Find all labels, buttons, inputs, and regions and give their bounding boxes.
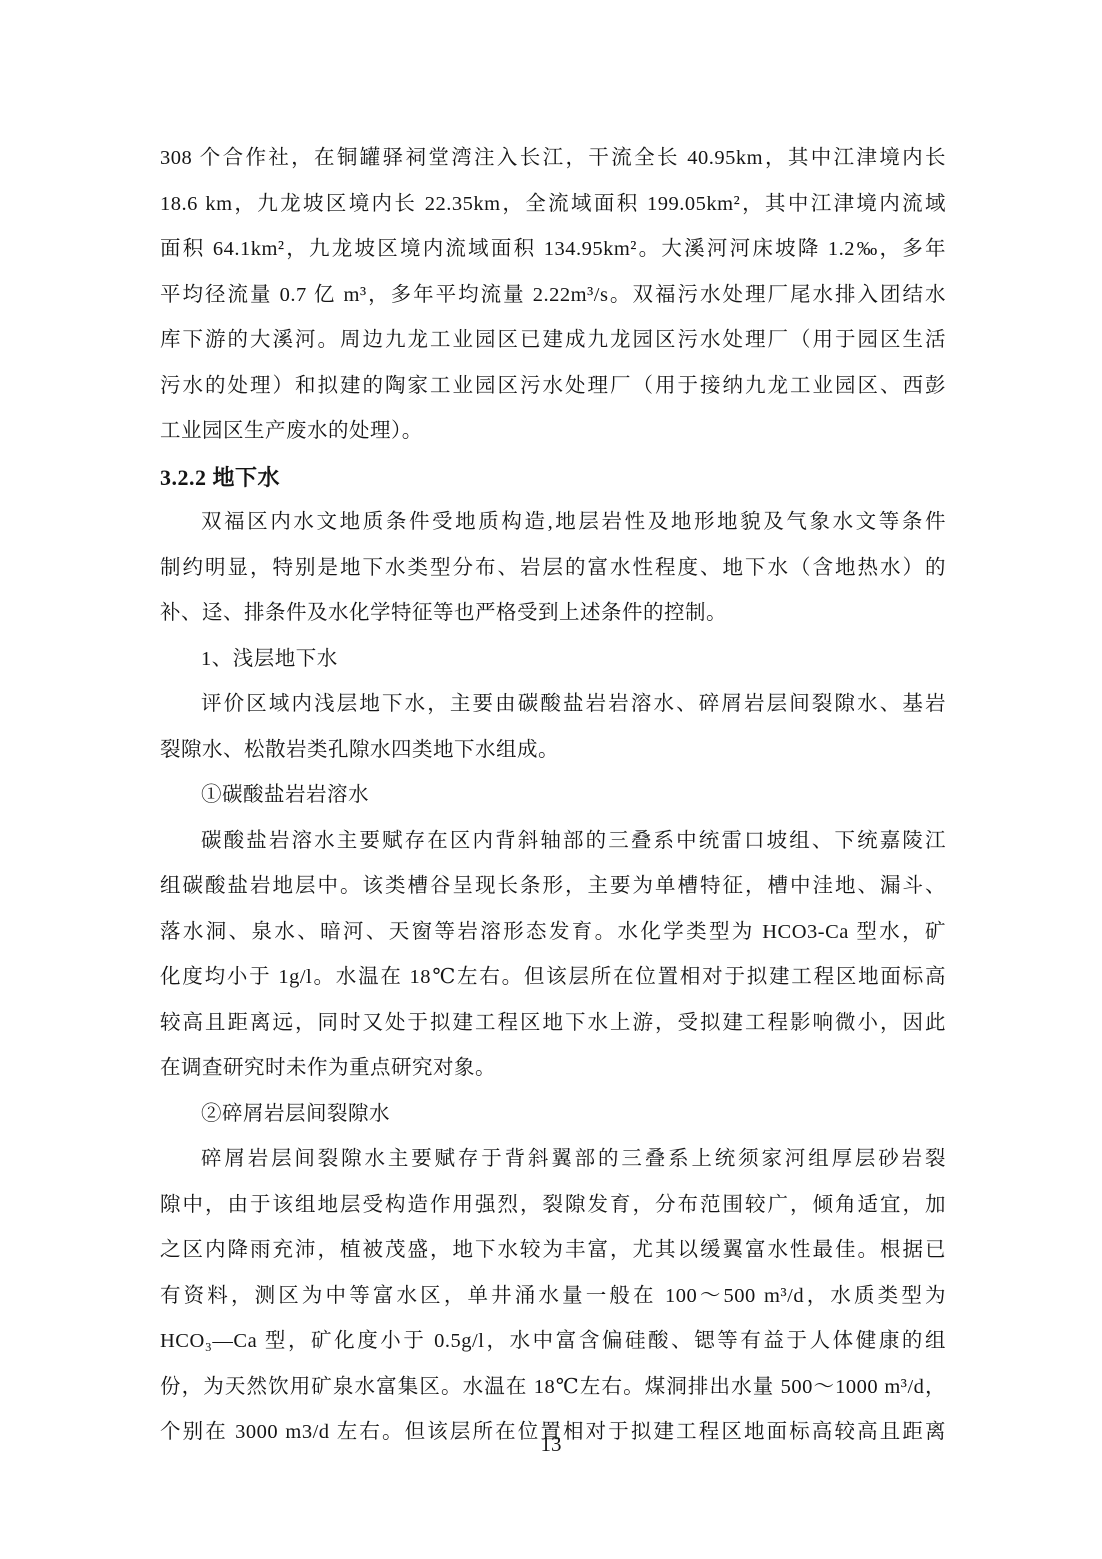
text-line: 库下游的大溪河。周边九龙工业园区已建成九龙园区污水处理厂（用于园区生活 <box>160 318 946 364</box>
text-line: 制约明显，特别是地下水类型分布、岩层的富水性程度、地下水（含地热水）的 <box>160 546 946 592</box>
section-heading-3-2-2: 3.2.2 地下水 <box>160 455 946 501</box>
text-line: 18.6 km，九龙坡区境内长 22.35km，全流域面积 199.05km²，… <box>160 182 946 228</box>
document-page: 308 个合作社，在铜罐驿祠堂湾注入长江，干流全长 40.95km，其中江津境内… <box>0 0 1102 1559</box>
text-line: 双福区内水文地质条件受地质构造,地层岩性及地形地貌及气象水文等条件 <box>160 500 946 546</box>
text-line: 组碳酸盐岩地层中。该类槽谷呈现长条形，主要为单槽特征，槽中洼地、漏斗、 <box>160 864 946 910</box>
text-line: 裂隙水、松散岩类孔隙水四类地下水组成。 <box>160 728 946 774</box>
text-line: 有资料，测区为中等富水区，单井涌水量一般在 100～500 m³/d，水质类型为 <box>160 1274 946 1320</box>
text-line: 面积 64.1km²，九龙坡区境内流域面积 134.95km²。大溪河河床坡降 … <box>160 227 946 273</box>
text-line: 之区内降雨充沛，植被茂盛，地下水较为丰富，尤其以缓翼富水性最佳。根据已 <box>160 1228 946 1274</box>
text-line: 平均径流量 0.7 亿 m³，多年平均流量 2.22m³/s。双福污水处理厂尾水… <box>160 273 946 319</box>
text-line: 污水的处理）和拟建的陶家工业园区污水处理厂（用于接纳九龙工业园区、西彭 <box>160 364 946 410</box>
list-item-heading: ②碎屑岩层间裂隙水 <box>160 1092 946 1138</box>
list-item-heading: ①碳酸盐岩岩溶水 <box>160 773 946 819</box>
text-line: 隙中，由于该组地层受构造作用强烈，裂隙发育，分布范围较广，倾角适宜，加 <box>160 1183 946 1229</box>
text-line: 碎屑岩层间裂隙水主要赋存于背斜翼部的三叠系上统须家河组厚层砂岩裂 <box>160 1137 946 1183</box>
text-line: 评价区域内浅层地下水，主要由碳酸盐岩岩溶水、碎屑岩层间裂隙水、基岩 <box>160 682 946 728</box>
text-line: 工业园区生产废水的处理）。 <box>160 409 946 455</box>
text-line: HCO₃—Ca 型，矿化度小于 0.5g/l，水中富含偏硅酸、锶等有益于人体健康… <box>160 1319 946 1365</box>
page-number: 13 <box>0 1432 1102 1457</box>
text-line: 化度均小于 1g/l。水温在 18℃左右。但该层所在位置相对于拟建工程区地面标高 <box>160 955 946 1001</box>
list-item-heading: 1、浅层地下水 <box>160 637 946 683</box>
text-line: 碳酸盐岩溶水主要赋存在区内背斜轴部的三叠系中统雷口坡组、下统嘉陵江 <box>160 819 946 865</box>
text-line: 较高且距离远，同时又处于拟建工程区地下水上游，受拟建工程影响微小，因此 <box>160 1001 946 1047</box>
text-line: 份，为天然饮用矿泉水富集区。水温在 18℃左右。煤洞排出水量 500～1000 … <box>160 1365 946 1411</box>
document-body: 308 个合作社，在铜罐驿祠堂湾注入长江，干流全长 40.95km，其中江津境内… <box>160 136 946 1456</box>
text-line: 落水洞、泉水、暗河、天窗等岩溶形态发育。水化学类型为 HCO3-Ca 型水，矿 <box>160 910 946 956</box>
text-line: 在调查研究时未作为重点研究对象。 <box>160 1046 946 1092</box>
text-line: 补、迳、排条件及水化学特征等也严格受到上述条件的控制。 <box>160 591 946 637</box>
text-line: 308 个合作社，在铜罐驿祠堂湾注入长江，干流全长 40.95km，其中江津境内… <box>160 136 946 182</box>
